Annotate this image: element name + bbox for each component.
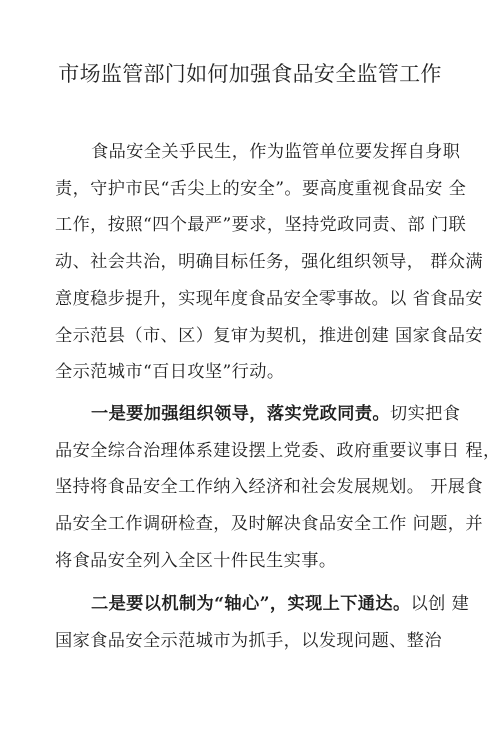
text-line: 一是要加强组织领导，落实党政同责。切实把食 xyxy=(55,396,455,433)
paragraph-point-two: 二是要以机制为“轴心”，实现上下通达。以创 建 国家食品安全示范城市为抓手，以发… xyxy=(55,586,455,659)
point-heading: 二是要以机制为“轴心”，实现上下通达。 xyxy=(91,594,411,614)
text-line: 坚持将食品安全工作纳入经济和社会发展规划。 开展食 xyxy=(55,469,455,506)
text-line: 全示范县（市、区）复审为契机，推进创建 国家食品安 xyxy=(55,318,455,355)
point-heading: 一是要加强组织领导，落实党政同责。 xyxy=(91,404,390,424)
text-line: 二是要以机制为“轴心”，实现上下通达。以创 建 xyxy=(55,586,455,623)
text-line: 意度稳步提升，实现年度食品安全零事故。以 省食品安 xyxy=(55,281,455,318)
text-line: 全示范城市“百日攻坚”行动。 xyxy=(55,354,455,391)
text-line: 工作，按照“四个最严”要求，坚持党政同责、部 门联 xyxy=(55,207,455,244)
paragraph-point-one: 一是要加强组织领导，落实党政同责。切实把食 品安全综合治理体系建设摆上党委、政府… xyxy=(55,396,455,580)
paragraph-intro: 食品安全关乎民生，作为监管单位要发挥自身职 责，守护市民“舌尖上的安全”。要高度… xyxy=(55,134,455,391)
text-line: 将食品安全列入全区十件民生实事。 xyxy=(55,543,455,580)
text-line: 品安全工作调研检查，及时解决食品安全工作 问题，并 xyxy=(55,506,455,543)
text-run: 切实把食 xyxy=(390,404,460,424)
text-line: 食品安全关乎民生，作为监管单位要发挥自身职 xyxy=(55,134,455,171)
text-line: 品安全综合治理体系建设摆上党委、政府重要议事日 程， xyxy=(55,433,455,470)
text-run: 以创 建 xyxy=(411,594,470,614)
text-line: 国家食品安全示范城市为抓手，以发现问题、整治 xyxy=(55,623,455,660)
text-line: 责，守护市民“舌尖上的安全”。要高度重视食品安 全 xyxy=(55,171,455,208)
document-title: 市场监管部门如何加强食品安全监管工作 xyxy=(0,58,500,88)
text-line: 动、社会共治，明确目标任务，强化组织领导， 群众满 xyxy=(55,244,455,281)
